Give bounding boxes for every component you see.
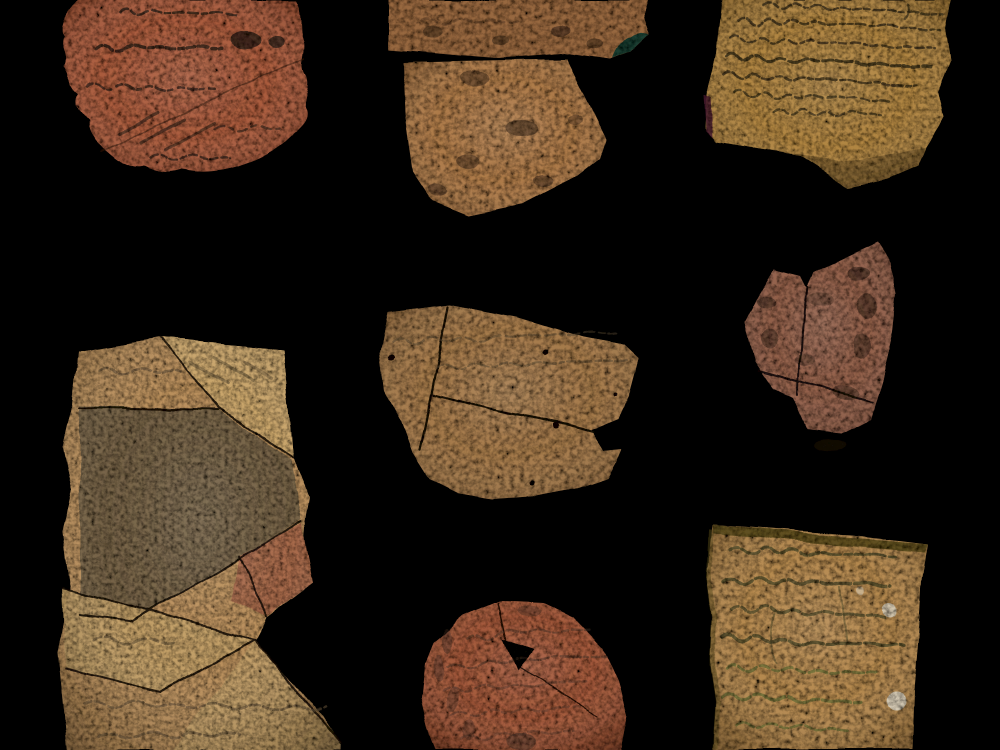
speckle bbox=[550, 24, 570, 36]
ostraca-photo: Eight ancient ostraca (inscribed pottery… bbox=[0, 0, 1000, 750]
speckle bbox=[422, 24, 442, 36]
pit bbox=[544, 350, 549, 355]
speckle bbox=[587, 40, 603, 50]
ostracon-bottom-right bbox=[707, 525, 928, 750]
speckle bbox=[428, 184, 446, 196]
smudge bbox=[446, 688, 458, 712]
accretion-spot bbox=[888, 693, 906, 711]
accretion-spot bbox=[858, 588, 866, 596]
smudge bbox=[433, 654, 443, 682]
smudge bbox=[806, 292, 834, 308]
ostracon-bottom-right-shading bbox=[707, 525, 928, 750]
speckle bbox=[492, 35, 508, 45]
pit bbox=[531, 481, 536, 486]
smudge bbox=[506, 734, 534, 750]
pit bbox=[612, 391, 616, 395]
pit bbox=[388, 353, 394, 359]
ink-blob bbox=[269, 36, 285, 48]
smudge bbox=[853, 333, 871, 357]
smudge bbox=[518, 606, 542, 618]
smudge bbox=[846, 265, 870, 279]
accretion-spot bbox=[883, 602, 897, 616]
smudge bbox=[814, 439, 846, 451]
smudge bbox=[762, 328, 778, 348]
smudge bbox=[757, 296, 775, 308]
speckle bbox=[461, 70, 489, 86]
smudge bbox=[464, 720, 476, 740]
ink-blob bbox=[230, 31, 262, 49]
speckle bbox=[456, 153, 480, 167]
speckle bbox=[533, 176, 553, 188]
smudge bbox=[858, 291, 878, 319]
speckle bbox=[567, 115, 583, 125]
speckle bbox=[504, 119, 536, 137]
smudge bbox=[795, 354, 815, 366]
pit bbox=[554, 424, 560, 430]
photo-canvas: Eight ancient ostraca (inscribed pottery… bbox=[0, 0, 1000, 750]
smudge bbox=[442, 628, 452, 652]
